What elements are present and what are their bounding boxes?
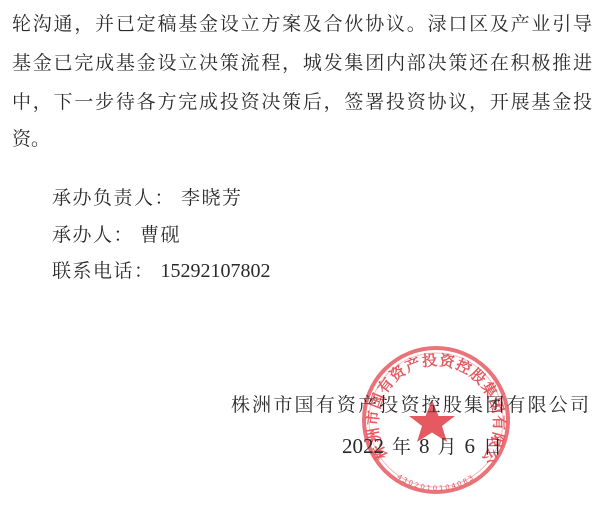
contact-label: 承办人： (52, 224, 134, 246)
date-day-unit: 日 (483, 436, 502, 458)
contact-label: 承办负责人： (52, 187, 175, 209)
seal-stamp-icon: 株洲市国有资产投资控股集团有限公司 4302010104083 (360, 344, 512, 496)
date-year: 2022 (342, 434, 384, 458)
contact-phone: 联系电话：15292107802 (52, 259, 271, 283)
signing-organization: 株洲市国有资产投资控股集团有限公司 (231, 393, 589, 417)
date-month: 8 (419, 434, 430, 458)
date-month-unit: 月 (438, 436, 457, 458)
phone-number: 15292107802 (161, 260, 271, 282)
paragraph-line-1: 轮沟通，并已定稿基金设立方案及合伙协议。渌口区及产业引导 (12, 12, 592, 36)
contact-label: 联系电话： (52, 260, 155, 282)
paragraph-line-3: 中，下一步待各方完成投资决策后，签署投资协议，开展基金投 (12, 90, 592, 114)
seal-code-text: 4302010104083 (396, 473, 477, 493)
contact-handler: 承办人：曹砚 (52, 223, 181, 247)
paragraph-line-4: 资。 (12, 127, 50, 151)
date-day: 6 (465, 434, 476, 458)
signing-date: 2022年8月6日 (342, 434, 502, 459)
contact-responsible-person: 承办负责人：李晓芳 (52, 186, 243, 210)
date-year-unit: 年 (392, 436, 411, 458)
paragraph-line-2: 基金已完成基金设立决策流程，城发集团内部决策还在积极推进 (12, 51, 592, 75)
contact-value: 曹砚 (140, 224, 181, 246)
official-seal: 株洲市国有资产投资控股集团有限公司 4302010104083 (360, 344, 512, 496)
svg-text:4302010104083: 4302010104083 (396, 473, 477, 493)
contact-value: 李晓芳 (181, 187, 243, 209)
